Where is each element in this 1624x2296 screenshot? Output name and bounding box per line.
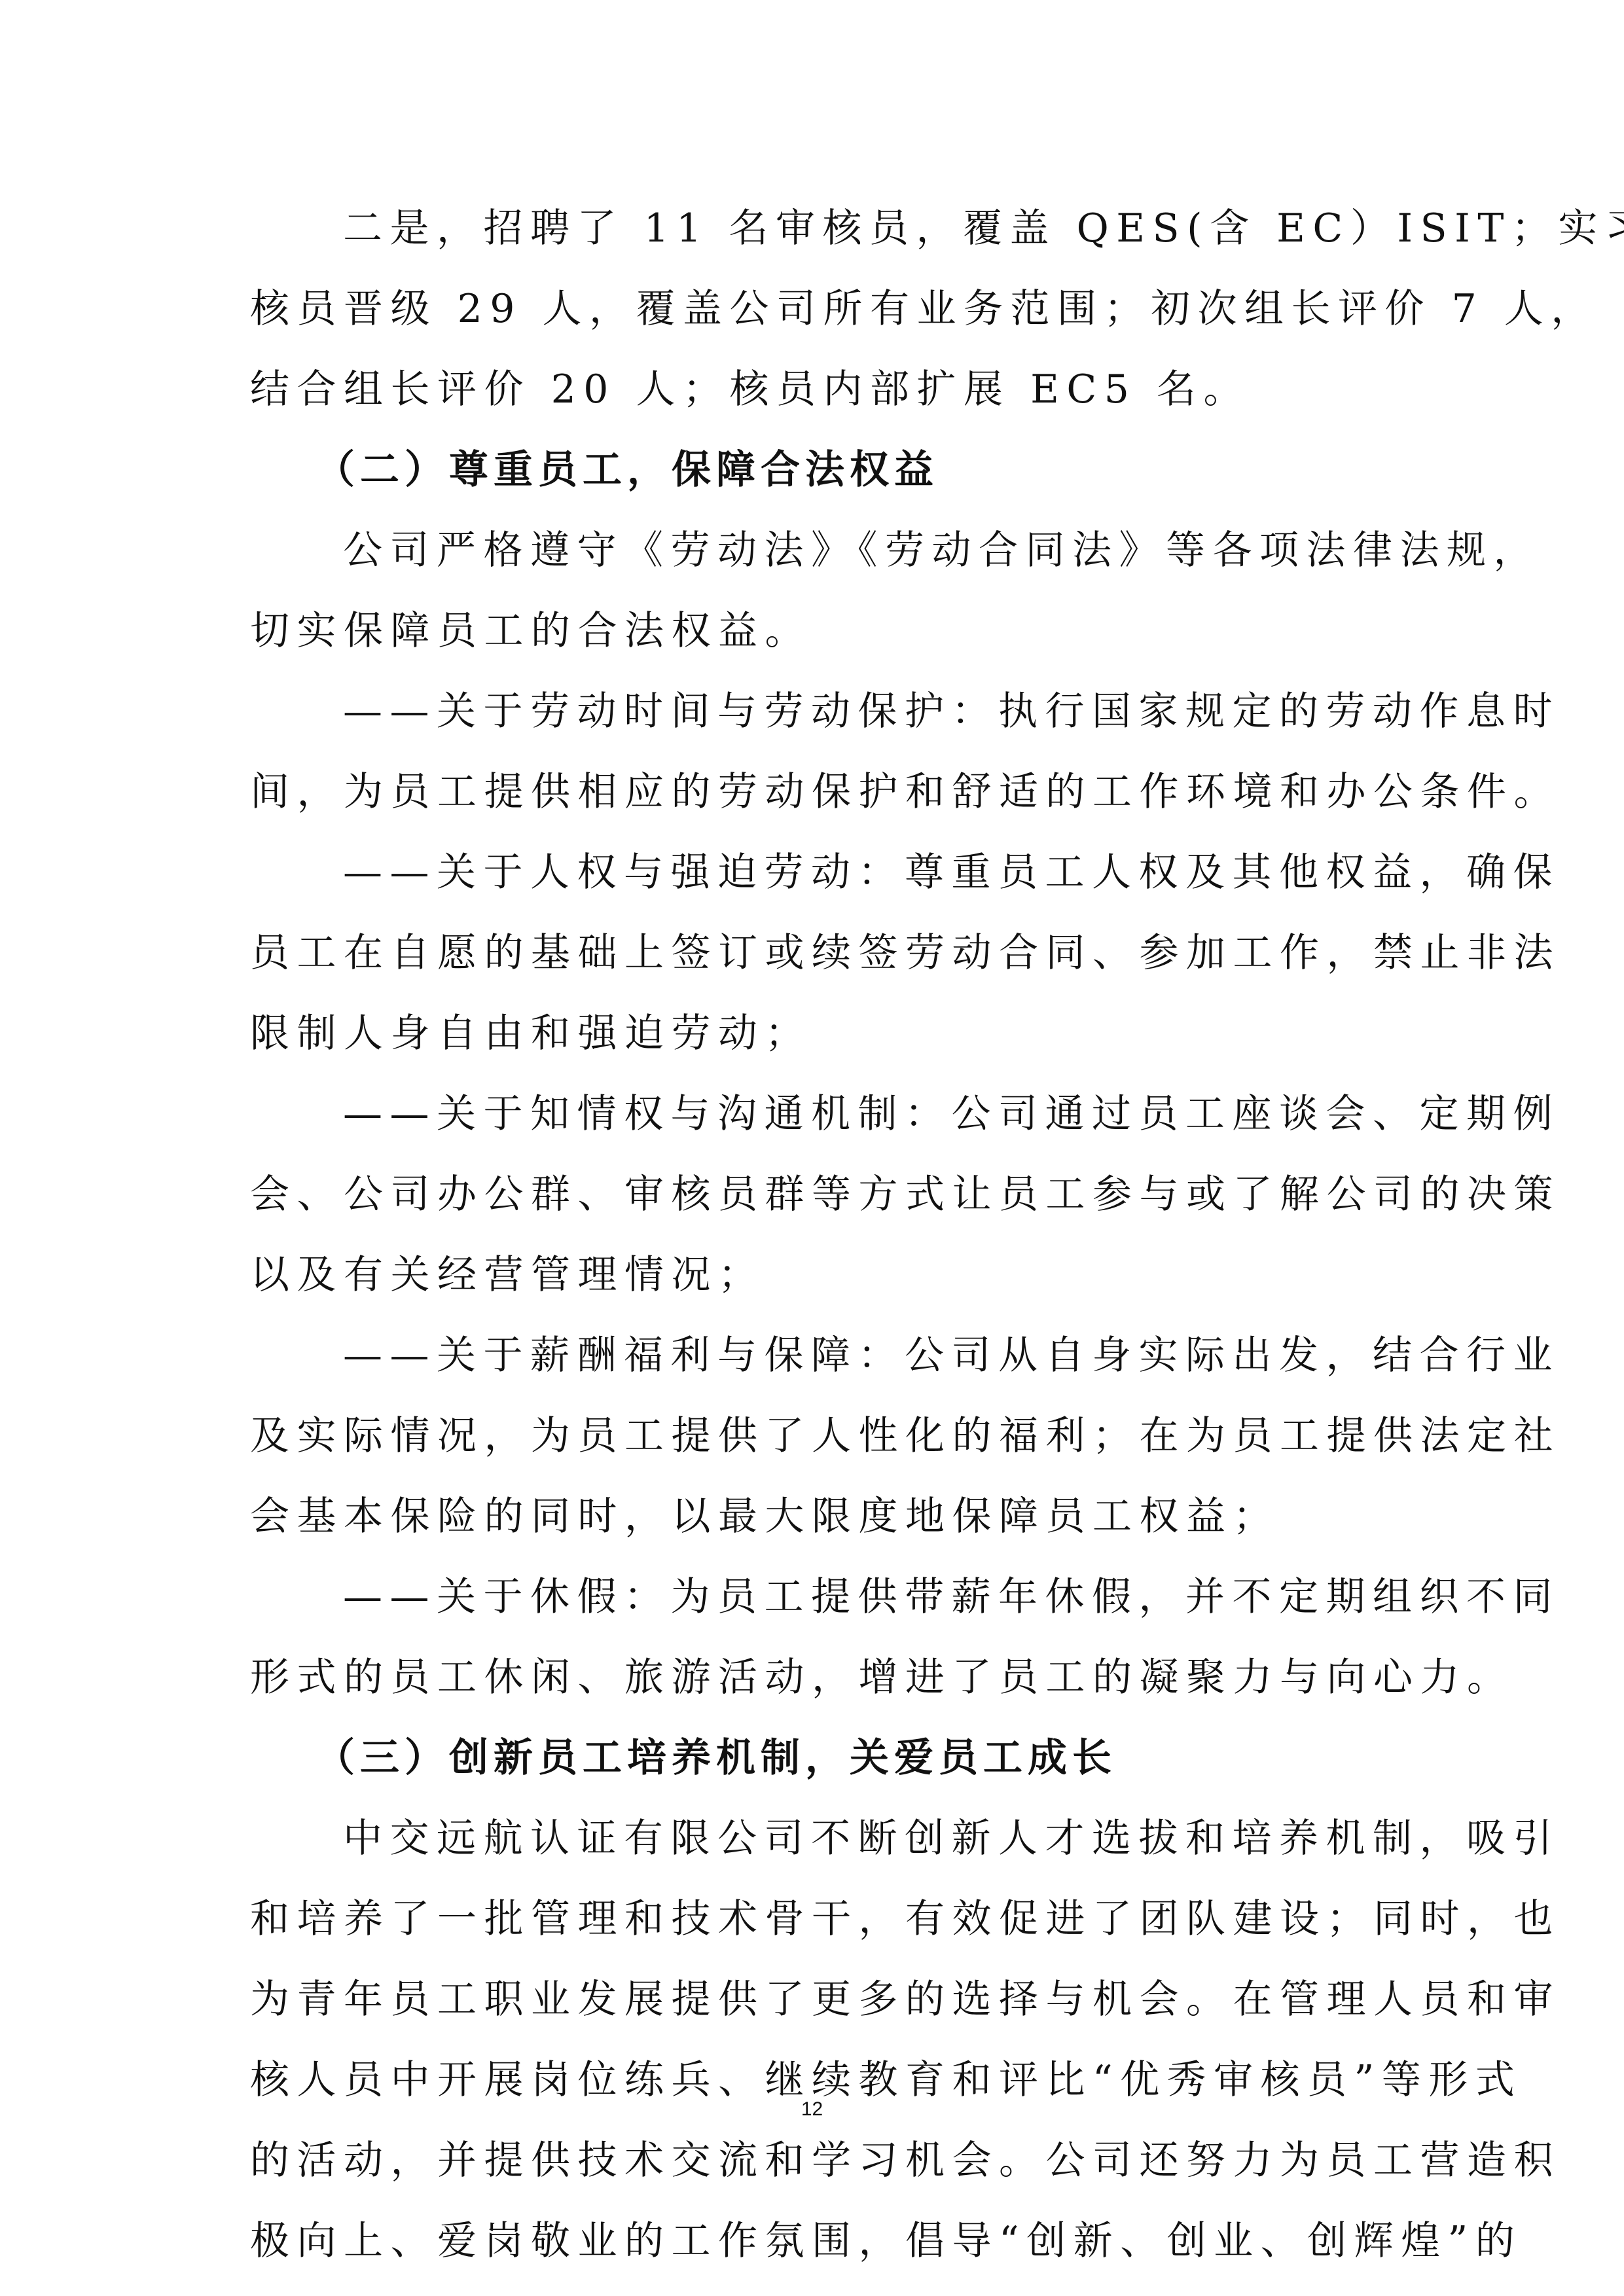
section-heading-training: （三）创新员工培养机制，关爱员工成长 [250, 1718, 1384, 1799]
text-line: ——关于薪酬福利与保障：公司从自身实际出发，结合行业 [250, 1316, 1384, 1396]
text-line: 结合组长评价 20 人；核员内部扩展 EC5 名。 [250, 350, 1384, 430]
text-line: 中交远航认证有限公司不断创新人才选拔和培养机制，吸引 [250, 1799, 1384, 1879]
text-line: 及实际情况，为员工提供了人性化的福利；在为员工提供法定社 [250, 1396, 1384, 1477]
text-line: 员工在自愿的基础上签订或续签劳动合同、参加工作，禁止非法 [250, 913, 1384, 994]
paragraph-working-hours: ——关于劳动时间与劳动保护：执行国家规定的劳动作息时 间，为员工提供相应的劳动保… [250, 672, 1384, 833]
paragraph-communication: ——关于知情权与沟通机制：公司通过员工座谈会、定期例 会、公司办公群、审核员群等… [250, 1074, 1384, 1316]
text-line: 为青年员工职业发展提供了更多的选择与机会。在管理人员和审 [250, 1960, 1384, 2040]
text-line: ——关于知情权与沟通机制：公司通过员工座谈会、定期例 [250, 1074, 1384, 1155]
text-line: 切实保障员工的合法权益。 [250, 591, 1384, 672]
paragraph-vacation: ——关于休假：为员工提供带薪年休假，并不定期组织不同 形式的员工休闲、旅游活动，… [250, 1557, 1384, 1718]
text-line: 和培养了一批管理和技术骨干，有效促进了团队建设；同时，也 [250, 1879, 1384, 1960]
paragraph-compensation: ——关于薪酬福利与保障：公司从自身实际出发，结合行业 及实际情况，为员工提供了人… [250, 1316, 1384, 1557]
text-line: 会基本保险的同时，以最大限度地保障员工权益； [250, 1477, 1384, 1557]
section-heading-respect-employees: （二）尊重员工，保障合法权益 [250, 430, 1384, 511]
paragraph-labor-law: 公司严格遵守《劳动法》《劳动合同法》等各项法律法规， 切实保障员工的合法权益。 [250, 511, 1384, 672]
text-line: 二是，招聘了 11 名审核员，覆盖 QES(含 EC）ISIT；实习审 [250, 188, 1384, 269]
text-line: ——关于休假：为员工提供带薪年休假，并不定期组织不同 [250, 1557, 1384, 1638]
text-line: 核员晋级 29 人，覆盖公司所有业务范围；初次组长评价 7 人， [250, 269, 1384, 350]
text-line: 的活动，并提供技术交流和学习机会。公司还努力为员工营造积 [250, 2121, 1384, 2201]
text-line: 间，为员工提供相应的劳动保护和舒适的工作环境和办公条件。 [250, 752, 1384, 833]
text-line: 公司严格遵守《劳动法》《劳动合同法》等各项法律法规， [250, 511, 1384, 591]
page-number: 12 [0, 2098, 1624, 2121]
paragraph-recruitment: 二是，招聘了 11 名审核员，覆盖 QES(含 EC）ISIT；实习审 核员晋级… [250, 188, 1384, 430]
paragraph-human-rights: ——关于人权与强迫劳动：尊重员工人权及其他权益，确保 员工在自愿的基础上签订或续… [250, 833, 1384, 1074]
text-line: 会、公司办公群、审核员群等方式让员工参与或了解公司的决策 [250, 1155, 1384, 1235]
page-content: 二是，招聘了 11 名审核员，覆盖 QES(含 EC）ISIT；实习审 核员晋级… [250, 188, 1384, 2282]
text-line: ——关于劳动时间与劳动保护：执行国家规定的劳动作息时 [250, 672, 1384, 752]
document-page: 二是，招聘了 11 名审核员，覆盖 QES(含 EC）ISIT；实习审 核员晋级… [0, 0, 1624, 2296]
text-line: 以及有关经营管理情况； [250, 1235, 1384, 1316]
text-line: 极向上、爱岗敬业的工作氛围，倡导“创新、创业、创辉煌”的 [250, 2201, 1384, 2282]
text-line: ——关于人权与强迫劳动：尊重员工人权及其他权益，确保 [250, 833, 1384, 913]
text-line: 限制人身自由和强迫劳动； [250, 994, 1384, 1074]
paragraph-talent-development: 中交远航认证有限公司不断创新人才选拔和培养机制，吸引 和培养了一批管理和技术骨干… [250, 1799, 1384, 2282]
text-line: 形式的员工休闲、旅游活动，增进了员工的凝聚力与向心力。 [250, 1638, 1384, 1718]
